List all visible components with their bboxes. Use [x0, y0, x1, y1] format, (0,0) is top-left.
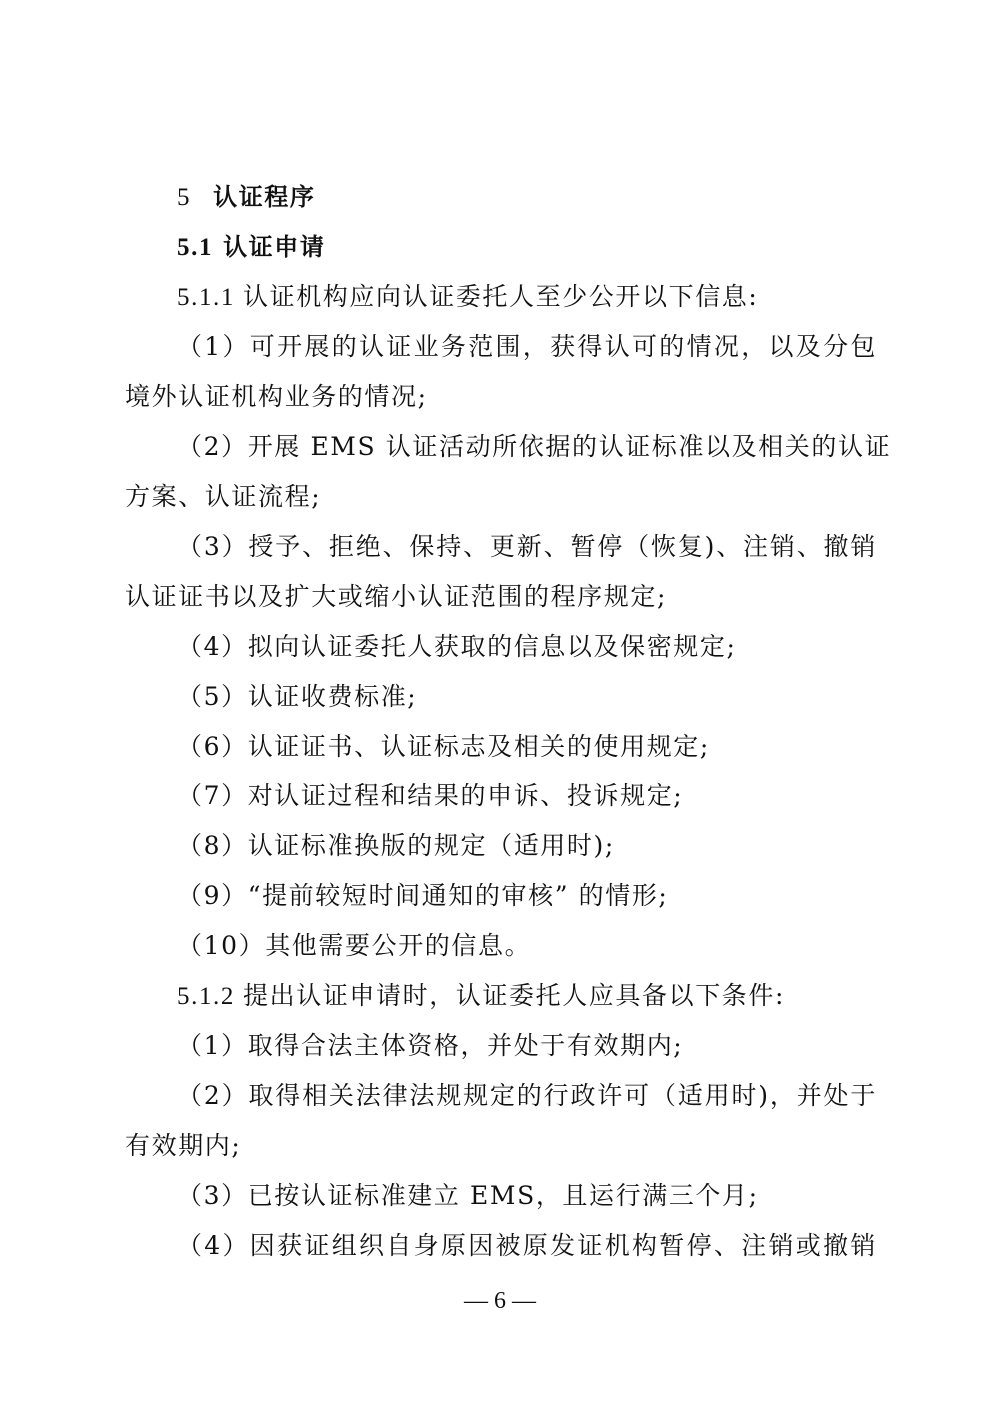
subsection-title: 认证申请: [223, 232, 325, 261]
list-item-5: （5）认证收费标准;: [177, 682, 877, 712]
condition-item-2-line-1: （2）取得相关法律法规规定的行政许可（适用时)，并处于: [177, 1081, 877, 1111]
condition-item-4-line-1: （4）因获证组织自身原因被原发证机构暂停、注销或撤销: [177, 1231, 877, 1261]
section-heading-5: 5认证程序: [177, 182, 877, 213]
list-item-4: （4）拟向认证委托人获取的信息以及保密规定;: [177, 632, 877, 662]
clause-text: 认证机构应向认证委托人至少公开以下信息:: [243, 282, 758, 311]
list-item-9: （9）“提前较短时间通知的审核” 的情形;: [177, 881, 877, 911]
list-item-2-line-2: 方案、认证流程;: [125, 482, 877, 512]
list-item-1-line-2: 境外认证机构业务的情况;: [125, 382, 877, 412]
condition-item-2-line-2: 有效期内;: [125, 1131, 877, 1161]
list-item-1-line-1: （1）可开展的认证业务范围，获得认可的情况，以及分包: [177, 332, 877, 362]
list-item-7: （7）对认证过程和结果的申诉、投诉规定;: [177, 781, 877, 811]
condition-item-3: （3）已按认证标准建立 EMS，且运行满三个月;: [177, 1181, 877, 1211]
section-number: 5: [177, 184, 191, 211]
subsection-heading-5-1: 5.1认证申请: [177, 232, 877, 263]
subsection-number: 5.1: [177, 234, 213, 261]
clause-number: 5.1.2: [177, 983, 235, 1010]
document-page: 5认证程序 5.1认证申请 5.1.1认证机构应向认证委托人至少公开以下信息: …: [0, 0, 1000, 1414]
page-number: — 6 —: [0, 1286, 1000, 1316]
list-item-2-line-1: （2）开展 EMS 认证活动所依据的认证标准以及相关的认证: [177, 432, 877, 462]
section-title: 认证程序: [213, 183, 315, 211]
list-item-6: （6）认证证书、认证标志及相关的使用规定;: [177, 732, 877, 762]
list-item-3-line-2: 认证证书以及扩大或缩小认证范围的程序规定;: [125, 582, 877, 612]
clause-text: 提出认证申请时，认证委托人应具备以下条件:: [243, 981, 785, 1010]
list-item-3-line-1: （3）授予、拒绝、保持、更新、暂停（恢复)、注销、撤销: [177, 532, 877, 562]
clause-5-1-1: 5.1.1认证机构应向认证委托人至少公开以下信息:: [177, 282, 877, 313]
list-item-8: （8）认证标准换版的规定（适用时);: [177, 831, 877, 861]
clause-5-1-2: 5.1.2提出认证申请时，认证委托人应具备以下条件:: [177, 981, 877, 1012]
list-item-10: （10）其他需要公开的信息。: [177, 931, 877, 961]
condition-item-1: （1）取得合法主体资格，并处于有效期内;: [177, 1031, 877, 1061]
clause-number: 5.1.1: [177, 284, 235, 311]
